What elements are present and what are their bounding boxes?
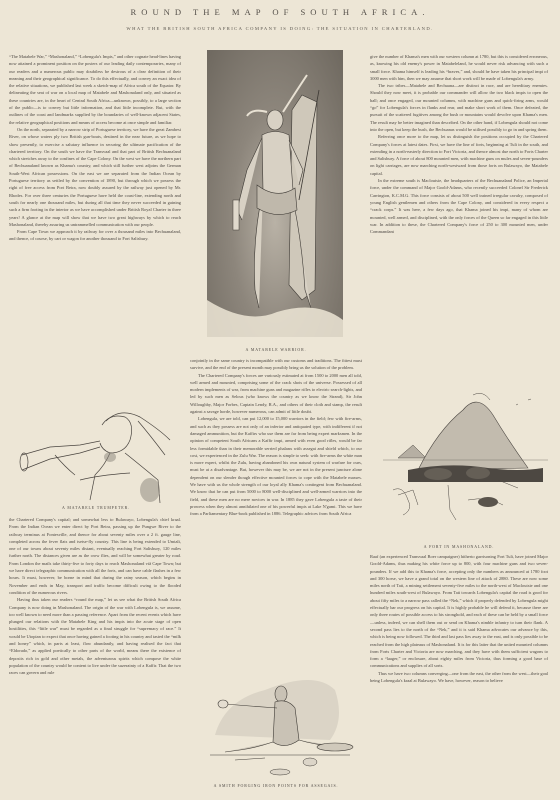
paragraph: From Cape Town we approach it by railway… xyxy=(9,228,181,243)
paragraph: conjointly in the same country is incomp… xyxy=(190,357,362,372)
paragraph: give the number of Khama's men with our … xyxy=(370,53,548,82)
page-subtitle: WHAT THE BRITISH SOUTH AFRICA COMPANY IS… xyxy=(0,26,560,31)
fort-drawing-icon xyxy=(378,370,553,535)
left-column-top: “The Matabele War,” “Mashonaland,” “Lobe… xyxy=(9,53,181,378)
paragraph: On the north, separated by a narrow stri… xyxy=(9,126,181,228)
right-column-top: give the number of Khama's men with our … xyxy=(370,53,548,365)
page-title: ROUND THE MAP OF SOUTH AFRICA. xyxy=(0,7,560,17)
warrior-drawing-icon xyxy=(207,50,343,337)
paragraph: the Chartered Company's capital; and som… xyxy=(9,516,181,596)
smith-drawing-icon xyxy=(195,660,360,782)
paragraph: Thus we have two columns converging—one … xyxy=(370,670,548,685)
paragraph: Raaf (an experienced Transvaal Boer camp… xyxy=(370,553,548,670)
paragraph: “The Matabele War,” “Mashonaland,” “Lobe… xyxy=(9,53,181,126)
paragraph: The Chartered Company's forces are vario… xyxy=(190,372,362,416)
paragraph: Lobengula, we are told, can put 12,000 t… xyxy=(190,415,362,517)
left-column-bottom: the Chartered Company's capital; and som… xyxy=(9,516,181,796)
warrior-caption: A MATABELE WARRIOR. xyxy=(200,348,352,352)
trumpeter-caption: A MATABELE TRUMPETER. xyxy=(10,506,182,510)
paragraph: The two tribes—Matabele and Bechuana—are… xyxy=(370,82,548,133)
paragraph: Referring once more to the map, let us d… xyxy=(370,133,548,177)
paragraph: In the extreme south is Macloutsie, the … xyxy=(370,177,548,235)
warrior-illustration xyxy=(207,50,343,337)
paragraph: Having thus taken our readers “round the… xyxy=(9,596,181,676)
trumpeter-illustration xyxy=(10,395,182,507)
middle-column-text: conjointly in the same country is incomp… xyxy=(190,357,362,653)
right-column-bottom: Raaf (an experienced Transvaal Boer camp… xyxy=(370,553,548,798)
fort-illustration xyxy=(378,370,553,535)
smith-caption: A SMITH FORGING IRON POINTS FOR ASSEGAIS… xyxy=(190,784,362,788)
smith-illustration xyxy=(195,660,360,782)
fort-caption: A FORT IN MASHONALAND. xyxy=(370,545,548,549)
trumpeter-drawing-icon xyxy=(10,395,182,507)
